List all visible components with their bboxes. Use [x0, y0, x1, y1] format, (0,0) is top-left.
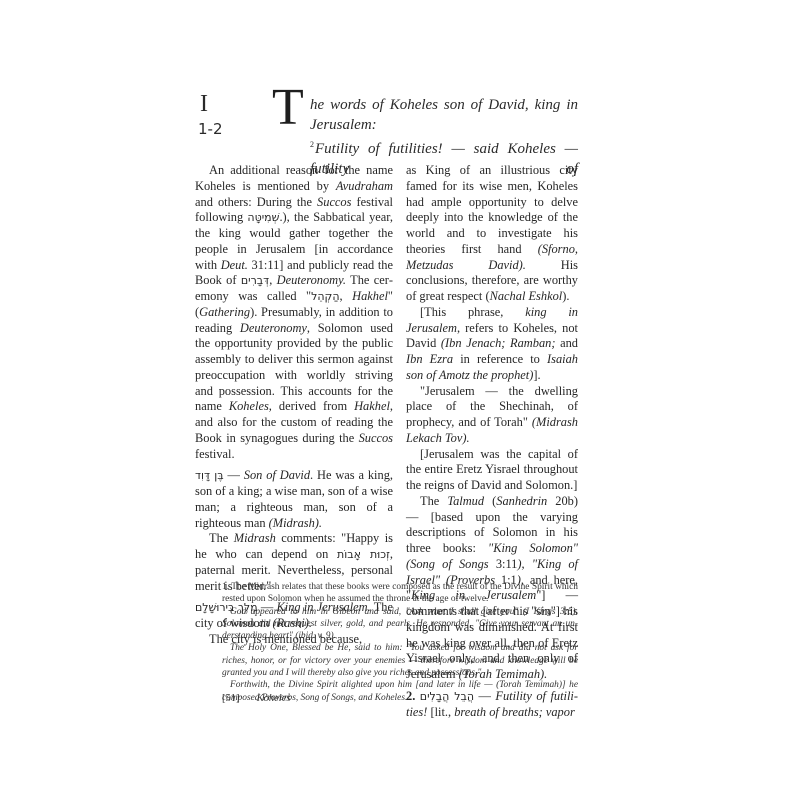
text-run: , — [269, 273, 276, 287]
drop-cap: T — [272, 84, 304, 132]
italic-text: Deuteronomy — [240, 321, 307, 335]
text-run: [Jerusalem was the capital of the entire… — [406, 447, 578, 493]
text-run: in reference to — [453, 352, 547, 366]
italic-text: (Midrash). — [269, 516, 322, 530]
italic-text: Talmud — [447, 494, 484, 508]
page-number: [51] — [222, 693, 254, 704]
text-run: ). — [562, 289, 569, 303]
hebrew-term: הַקְהֵל — [311, 290, 339, 303]
italic-text: Nachal Eshkol — [490, 289, 563, 303]
italic-text: Succos — [359, 431, 393, 445]
text-run: — — [224, 468, 244, 482]
commentary-paragraph: as King of an illustrious city famed for… — [406, 163, 578, 305]
italic-text: Ibn Ezra — [406, 352, 453, 366]
footnote: The Holy One, Blessed be He, said to him… — [222, 642, 578, 679]
italic-text: breath of breaths; vapor — [454, 705, 575, 719]
text-run: and others: During the — [195, 195, 317, 209]
text-run: [lit., — [427, 705, 454, 719]
footnote: God appeared to him in Gibeon and said, … — [222, 606, 578, 643]
text-run: de­rived from — [272, 399, 354, 413]
commentary-paragraph: בֶּן דָּוִד — Son of David. He was a kin… — [195, 468, 393, 531]
commentary-paragraph: [This phrase, king in Jerusalem, refers … — [406, 305, 578, 384]
hebrew-term: זְכוּת אָבוֹת — [337, 548, 390, 561]
italic-text: Hakhel — [354, 399, 390, 413]
text-run: [This phrase, — [420, 305, 525, 319]
commentary-paragraph: An additional reason for the name Kohele… — [195, 163, 393, 462]
verse-number: 2 — [310, 140, 314, 149]
verse-line-2: Jerusalem: — [310, 115, 578, 135]
hebrew-term: בֶּן דָּוִד — [195, 469, 224, 482]
chapter-number: I — [200, 92, 208, 116]
commentary-left-column: An additional reason for the name Kohele… — [195, 163, 393, 648]
italic-text: Midrash — [234, 531, 276, 545]
hebrew-term: שְׁמִיטָּה — [247, 211, 279, 224]
italic-text: Succos — [317, 195, 351, 209]
italic-text: Gathering — [199, 305, 250, 319]
book-page: I 1-2 T he words of Koheles son of David… — [0, 0, 800, 800]
italic-text: Avudraham — [336, 179, 393, 193]
text-run: ]. — [533, 368, 540, 382]
commentary-paragraph: [Jerusalem was the capital of the entire… — [406, 447, 578, 494]
italic-text: Deut. — [221, 258, 248, 272]
commentary-paragraph: "Jerusalem — the dwelling place of the S… — [406, 384, 578, 447]
italic-text: Sanhedrin — [496, 494, 547, 508]
text-run: The — [209, 531, 234, 545]
italic-text: Hakhel — [352, 289, 388, 303]
text-run: festival. — [195, 447, 235, 461]
italic-text: Koheles, — [229, 399, 272, 413]
italic-text: Son of David — [244, 468, 310, 482]
italic-text: Deuteronomy. — [277, 273, 346, 287]
verse-line-1: he words of Koheles son of David, king i… — [310, 95, 578, 115]
text-run: and — [555, 336, 578, 350]
text-run: 3:11 — [489, 557, 518, 571]
page-footer: [51] Koheles — [222, 693, 290, 704]
text-run: The — [420, 494, 447, 508]
footnotes: 1. The Midrash relates that these books … — [222, 581, 578, 704]
text-run: ( — [484, 494, 496, 508]
verse-range: 1-2 — [198, 120, 223, 138]
running-title: Koheles — [257, 693, 291, 704]
hebrew-term: דְּבָרִים — [241, 274, 269, 287]
footnote: 1. The Midrash relates that these books … — [222, 581, 578, 606]
text-run: , — [340, 289, 353, 303]
italic-text: (Ibn Jenach; Ramban; — [441, 336, 556, 350]
